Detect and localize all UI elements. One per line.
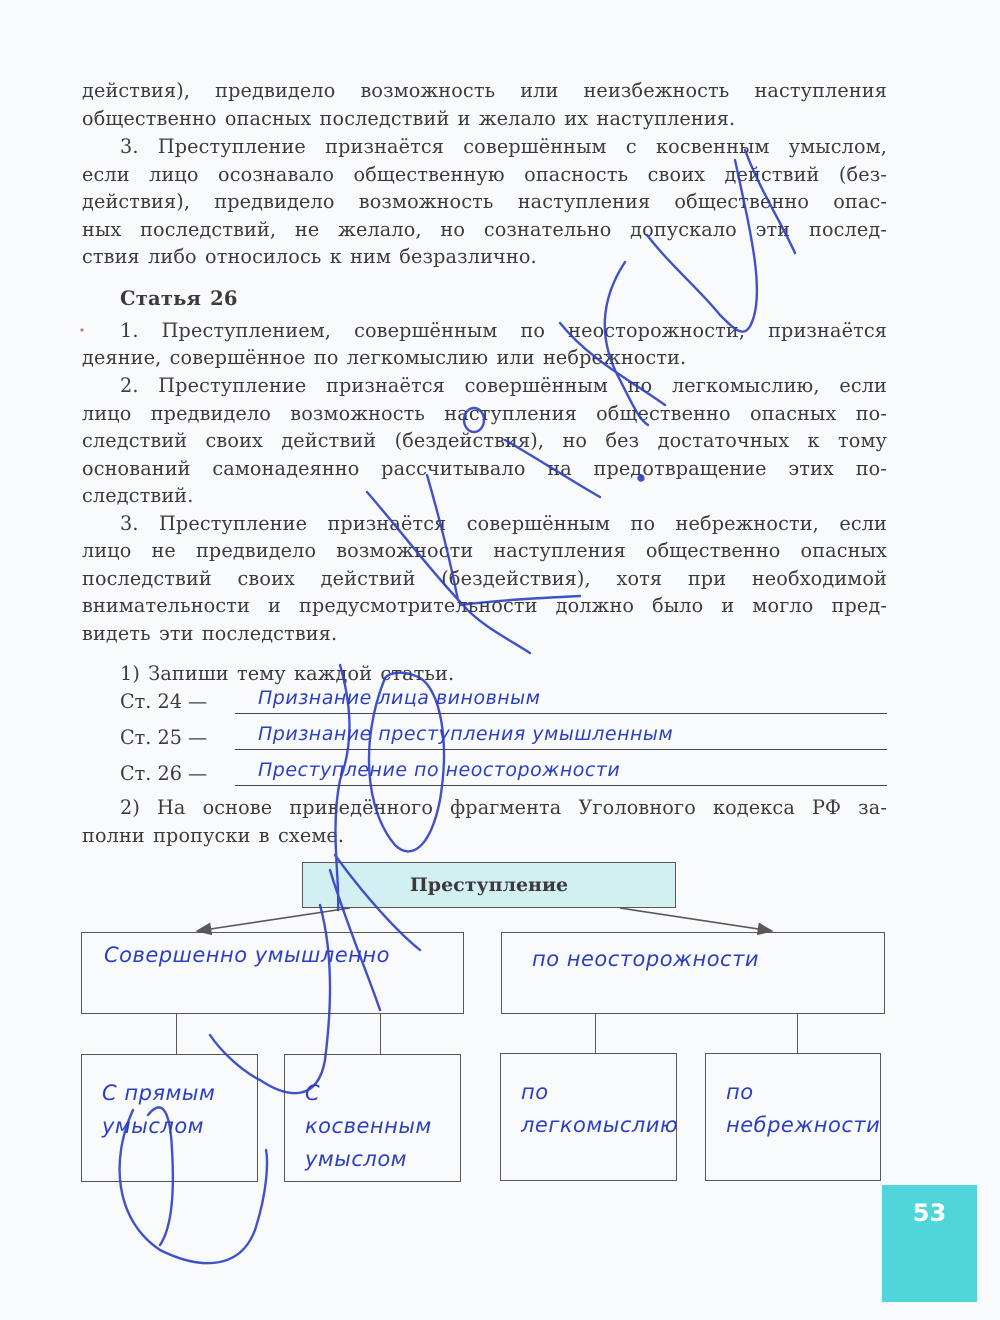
answer-field[interactable]: Признание преступления умышленным [258, 723, 673, 745]
diagram-box-negligent: по неосторожности [501, 932, 885, 1014]
text-line: лицо предвидело возможность наступления … [82, 400, 887, 427]
row-label: Ст. 25 — [120, 726, 207, 749]
task1-prompt: 1) Запиши тему каждой статьи. [120, 660, 887, 687]
diagram-box-negligence: по небрежности [705, 1053, 881, 1181]
answer-line [235, 749, 887, 750]
article-heading: Статья 26 [120, 285, 925, 312]
text-line: оснований самонадеянно рассчитывало на п… [82, 455, 887, 482]
diagram-box-indirect-intent: С косвенным умыслом [284, 1054, 461, 1182]
text-line: 2. Преступление признаётся совершённым п… [120, 372, 887, 399]
text-line: лицо не предвидело возможности наступлен… [82, 537, 887, 564]
answer-field[interactable]: Преступление по неосторожности [258, 759, 620, 781]
answer-row-article-24: Ст. 24 — Признание лица виновным [120, 687, 887, 717]
text-line: общественно опасных последствий и желало… [82, 105, 887, 132]
text-line: следствий. [82, 482, 887, 509]
text-line: внимательности и предусмотрительности до… [82, 592, 887, 619]
page-number-badge: 53 [882, 1185, 977, 1302]
connector-line [797, 1014, 798, 1054]
diagram-root-label: Преступление [410, 874, 568, 896]
diagram-box-recklessness: по легкомыслию [500, 1053, 677, 1181]
row-label: Ст. 26 — [120, 762, 207, 785]
task2-prompt: полни пропуски в схеме. [82, 822, 887, 849]
text-line: ных последствий, не желало, но сознатель… [82, 216, 887, 243]
diagram-box-direct-intent: С прямым умыслом [81, 1054, 258, 1182]
answer-field[interactable]: Совершенно умышленно [104, 939, 390, 972]
connector-line [176, 1014, 177, 1054]
answer-line [235, 713, 887, 714]
text-line: 3. Преступление признаётся совершённым п… [120, 510, 887, 537]
answer-field[interactable]: С косвенным умыслом [305, 1077, 454, 1176]
text-line: последствий своих действий (бездействия)… [82, 565, 887, 592]
text-line: 3. Преступление признаётся совершённым с… [120, 133, 887, 160]
text-line: если лицо осознавало общественную опасно… [82, 161, 887, 188]
answer-field[interactable]: по небрежности [726, 1076, 874, 1142]
diagram-box-intentional: Совершенно умышленно [81, 932, 464, 1014]
text-line: действия), предвидело возможность наступ… [82, 188, 887, 215]
margin-mark [80, 328, 83, 331]
task2-prompt: 2) На основе приведённого фрагмента Угол… [120, 794, 887, 821]
answer-line [235, 785, 887, 786]
row-label: Ст. 24 — [120, 690, 207, 713]
answer-field[interactable]: по неосторожности [532, 943, 759, 976]
text-line: деяние, совершённое по легкомыслию или н… [82, 344, 887, 371]
workbook-page: действия), предвидело возможность или не… [0, 0, 1000, 1320]
connector-line [595, 1014, 596, 1054]
diagram-root-box: Преступление [302, 862, 676, 908]
answer-row-article-26: Ст. 26 — Преступление по неосторожности [120, 759, 887, 789]
text-line: действия), предвидело возможность или не… [82, 77, 887, 104]
text-line: ствия либо относилось к ним безразлично. [82, 243, 887, 270]
answer-row-article-25: Ст. 25 — Признание преступления умышленн… [120, 723, 887, 753]
answer-field[interactable]: по легкомыслию [521, 1076, 670, 1142]
text-line: 1. Преступлением, совершённым по неостор… [120, 317, 887, 344]
answer-field[interactable]: С прямым умыслом [102, 1077, 251, 1143]
text-line: следствий своих действий (бездействия), … [82, 427, 887, 454]
connector-line [380, 1014, 381, 1054]
answer-field[interactable]: Признание лица виновным [258, 687, 541, 709]
text-line: видеть эти последствия. [82, 620, 887, 647]
